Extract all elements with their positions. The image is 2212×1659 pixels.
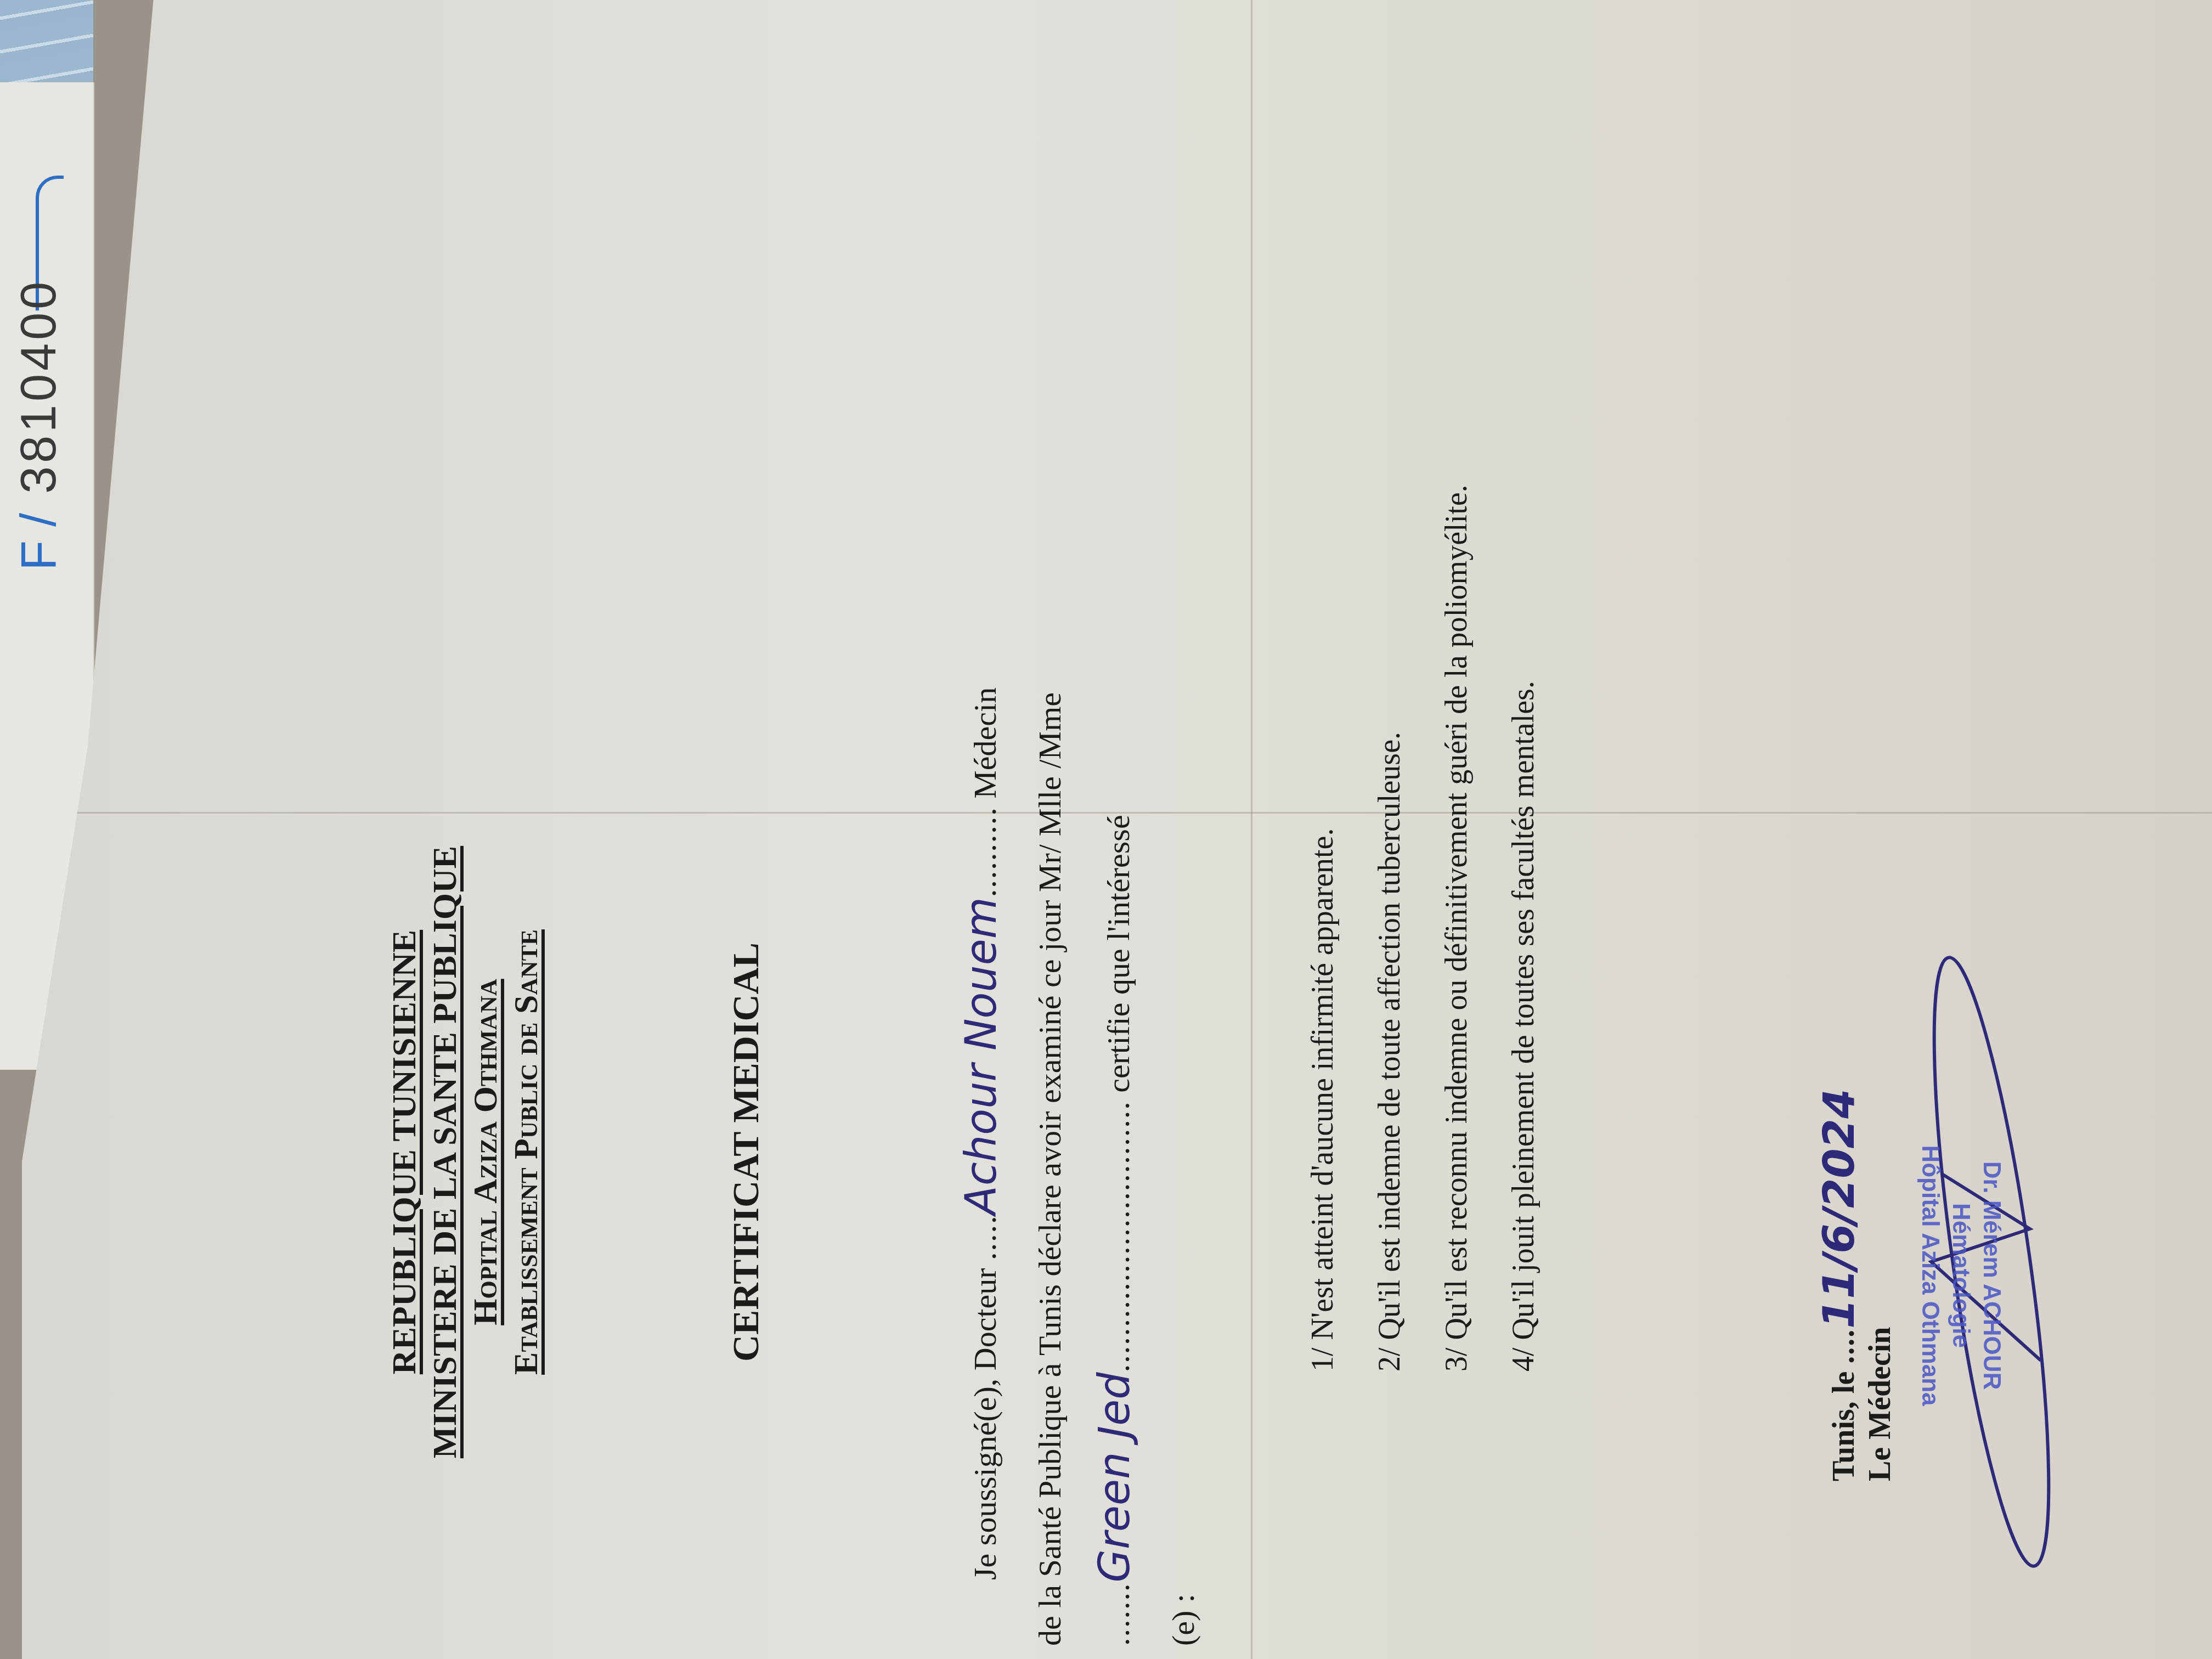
date-line: Tunis, le ....11/6/2024 (1821, 823, 1862, 1481)
statement-item: 1/ N'est atteint d'aucune infirmité appa… (1289, 110, 1356, 1372)
place-label: Tunis, le (1827, 1372, 1861, 1481)
header-ministry: MINISTERE DE LA SANTE PUBLIQUE (425, 658, 465, 1646)
statement-item: 3/ Qu'il est reconnu indemne ou définiti… (1423, 110, 1490, 1372)
certificate-document: REPUBLIQUE TUNISIENNE MINISTERE DE LA SA… (384, 27, 2140, 1646)
document-title: CERTIFICAT MEDICAL (724, 658, 768, 1646)
date-handwritten: 11/6/2024 (1815, 1089, 1864, 1329)
card-label: F / (11, 513, 67, 571)
statement-item: 4/ Qu'il jouit pleinement de toutes ses … (1490, 110, 1557, 1372)
doctor-name-handwritten: Achour Nouem (957, 897, 1006, 1215)
document-header: REPUBLIQUE TUNISIENNE MINISTERE DE LA SA… (384, 658, 546, 1646)
statement-item: 2/ Qu'il est indemne de toute affection … (1356, 110, 1423, 1372)
medecin-text: Médecin (967, 687, 1003, 799)
certifie-text: certifie que l'intéressé (1101, 815, 1136, 1092)
certificate-body: Je soussigné(e), Docteur .....Achour Nou… (949, 219, 1216, 1646)
background-fabric (0, 0, 93, 88)
body-line-1: Je soussigné(e), Docteur .....Achour Nou… (949, 219, 1018, 1646)
e-label: (e) : (1151, 219, 1216, 1646)
stamp-line-2: Hématologie (1945, 1015, 1976, 1536)
header-republic: REPUBLIQUE TUNISIENNE (384, 658, 425, 1646)
header-establishment: Etablissement Public de Sante (506, 658, 546, 1646)
header-hospital: Hopital Aziza Othmana (465, 658, 506, 1646)
card-number: 3810400 (11, 279, 67, 494)
intro-text: Je soussigné(e), Docteur (967, 1268, 1003, 1580)
statements-list: 1/ N'est atteint d'aucune infirmité appa… (1289, 110, 1557, 1372)
stamp-line-3: Hôpital Aziza Othmana (1915, 1015, 1945, 1536)
doctor-stamp: Dr. Mérem ACHOUR Hématologie Hôpital Azi… (1915, 1015, 2007, 1536)
body-line-3: .......Green Jed........................… (1082, 219, 1151, 1646)
patient-name-handwritten: Green Jed (1090, 1372, 1139, 1582)
body-line-2: de la Santé Publique à Tunis déclare avo… (1018, 219, 1082, 1646)
stamp-line-1: Dr. Mérem ACHOUR (1976, 1015, 2007, 1536)
